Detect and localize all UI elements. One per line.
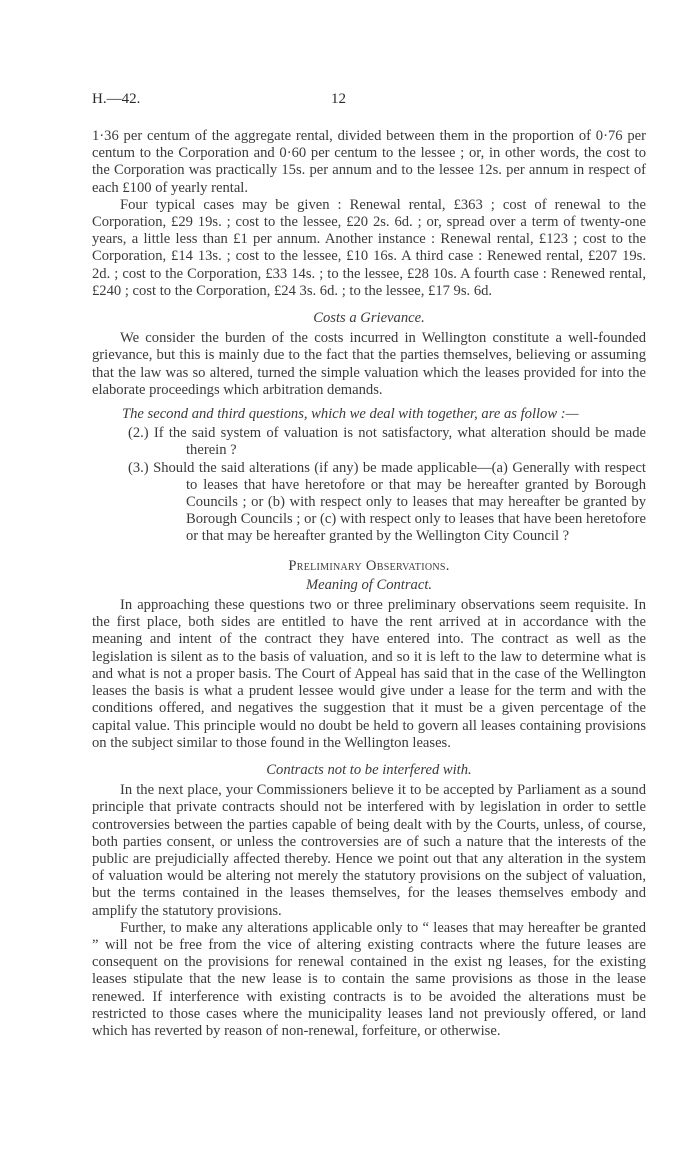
questions-intro: The second and third questions, which we… — [122, 406, 646, 423]
paragraph-future-leases: Further, to make any alterations applica… — [92, 920, 646, 1040]
paragraph-meaning-of-contract: In approaching these questions two or th… — [92, 597, 646, 752]
paragraph-grievance: We consider the burden of the costs incu… — [92, 330, 646, 399]
question-3: (3.) Should the said alterations (if any… — [92, 460, 646, 546]
paragraph-typical-cases: Four typical cases may be given : Renewa… — [92, 197, 646, 300]
document-reference: H.—42. — [92, 91, 140, 108]
page-number: 12 — [331, 91, 346, 108]
page-header: H.—42. 12 — [92, 91, 646, 111]
paragraph-costs-proportion: 1·36 per centum of the aggregate rental,… — [92, 128, 646, 197]
heading-meaning-of-contract: Meaning of Contract. — [92, 577, 646, 594]
question-2: (2.) If the said system of valuation is … — [92, 425, 646, 459]
heading-costs-grievance: Costs a Grievance. — [92, 310, 646, 327]
heading-preliminary-observations: Preliminary Observations. — [92, 558, 646, 575]
heading-contracts-not-interfered: Contracts not to be interfered with. — [92, 762, 646, 779]
paragraph-private-contracts: In the next place, your Commissioners be… — [92, 782, 646, 920]
document-body: 1·36 per centum of the aggregate rental,… — [92, 128, 646, 1040]
